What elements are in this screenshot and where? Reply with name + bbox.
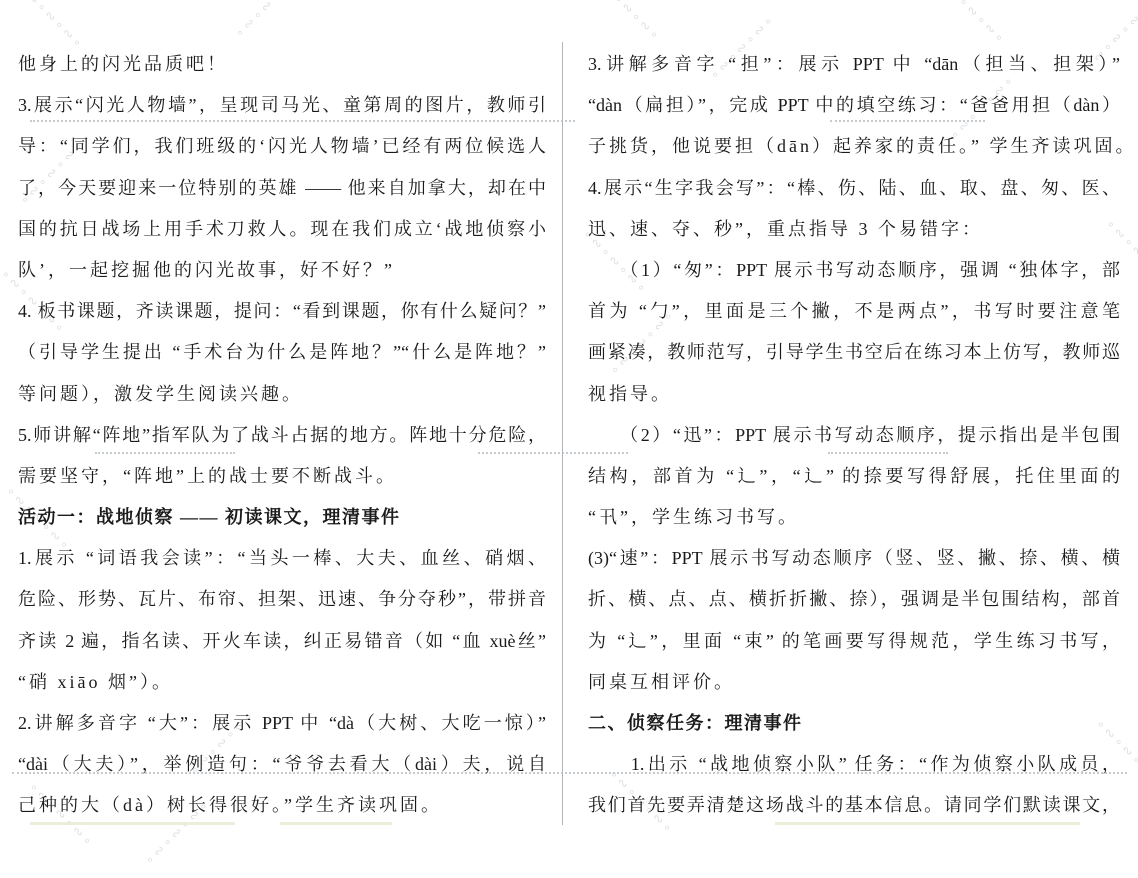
text-line: 齐读 2 遍，指名读、开火车读，纠正易错音（如 “血 xuè丝” — [18, 621, 546, 662]
text-line: 为 “辶”，里面 “束” 的笔画要写得规范，学生练习书写， — [588, 621, 1120, 662]
swirl-watermark-icon: ∘∾∘∾∘∾∘ — [232, 0, 304, 41]
text-line: 子挑货，他说要担（dān）起养家的责任。” 学生齐读巩固。 — [588, 126, 1120, 167]
text-line: 4. 板书课题，齐读课题，提问：“看到课题，你有什么疑问？” — [18, 291, 546, 332]
section-heading: 二、侦察任务：理清事件 — [588, 703, 1120, 744]
text-line: 折、横、点、点、横折折撇、捺），强调是半包围结构，部首 — [588, 579, 1120, 620]
text-line: 导：“同学们，我们班级的‘闪光人物墙’已经有两位候选人 — [18, 126, 546, 167]
text-line: 己种的大（dà）树长得很好。”学生齐读巩固。 — [18, 785, 546, 826]
text-line: 等问题），激发学生阅读兴趣。 — [18, 374, 546, 415]
text-line: （1）“匆”：PPT 展示书写动态顺序，强调 “独体字，部 — [588, 250, 1120, 291]
text-line: 队’，一起挖掘他的闪光故事，好不好？” — [18, 250, 546, 291]
text-line: “硝 xiāo 烟”）。 — [18, 662, 546, 703]
section-heading: 活动一：战地侦察 —— 初读课文，理清事件 — [18, 497, 546, 538]
text-line: “卂”，学生练习书写。 — [588, 497, 1120, 538]
text-line: 视指导。 — [588, 374, 1120, 415]
text-line: （2）“迅”：PPT 展示书写动态顺序，提示指出是半包围 — [588, 415, 1120, 456]
document-page: ∘∾∘∾∘∾∘ ∘∾∘∾∘∾∘ ∘∾∘∾∘∾∘ ∘∾∘∾∘∾∘ ∘∾∘∾∘∾∘ … — [0, 0, 1138, 878]
text-line: 国的抗日战场上用手术刀救人。现在我们成立‘战地侦察小 — [18, 209, 546, 250]
text-line: (3)“速”：PPT 展示书写动态顺序（竖、竖、撇、捺、横、横 — [588, 538, 1120, 579]
text-line: 2.讲解多音字 “大”：展示 PPT 中 “dà（大树、大吃一惊）” — [18, 703, 546, 744]
text-line: 结构，部首为 “辶”，“辶” 的捺要写得舒展，托住里面的 — [588, 456, 1120, 497]
text-line: “dàn（扁担）”，完成 PPT 中的填空练习：“爸爸用担（dàn） — [588, 85, 1120, 126]
text-line: 1.出示 “战地侦察小队” 任务：“作为侦察小队成员， — [588, 744, 1120, 785]
text-line: 1.展示 “词语我会读”：“当头一棒、大夫、血丝、硝烟、 — [18, 538, 546, 579]
text-line: 了，今天要迎来一位特别的英雄 —— 他来自加拿大，却在中 — [18, 168, 546, 209]
swirl-watermark-icon: ∘∾∘∾∘∾∘ — [937, 0, 1009, 48]
swirl-watermark-icon: ∘∾∘∾∘∾∘ — [592, 0, 664, 45]
text-line: 3.展示“闪光人物墙”，呈现司马光、童第周的图片，教师引 — [18, 85, 546, 126]
text-line: 我们首先要弄清楚这场战斗的基本信息。请同学们默读课文， — [588, 785, 1120, 826]
text-line: 画紧凑，教师范写，引导学生书空后在练习本上仿写，教师巡 — [588, 332, 1120, 373]
text-line: 迅、速、夺、秒”，重点指导 3 个易错字： — [588, 209, 1120, 250]
text-line: （引导学生提出 “手术台为什么是阵地？”“什么是阵地？” — [18, 332, 546, 373]
text-line: “dài（大夫）”，举例造句：“爷爷去看大（dài）夫，说自 — [18, 744, 546, 785]
text-line: 需要坚守，“阵地”上的战士要不断战斗。 — [18, 456, 546, 497]
text-line: 3.讲解多音字 “担”：展示 PPT 中 “dān（担当、担架）” — [588, 44, 1120, 85]
text-line: 首为 “勹”，里面是三个撇，不是两点”，书写时要注意笔 — [588, 291, 1120, 332]
text-line: 5.师讲解“阵地”指军队为了战斗占据的地方。阵地十分危险， — [18, 415, 546, 456]
left-column: 他身上的闪光品质吧！3.展示“闪光人物墙”，呈现司马光、童第周的图片，教师引导：… — [18, 44, 546, 827]
column-divider — [562, 42, 563, 825]
text-line: 4.展示“生字我会写”：“棒、伤、陆、血、取、盘、匆、医、 — [588, 168, 1120, 209]
text-line: 他身上的闪光品质吧！ — [18, 44, 546, 85]
right-column: 3.讲解多音字 “担”：展示 PPT 中 “dān（担当、担架）”“dàn（扁担… — [588, 44, 1120, 827]
text-line: 同桌互相评价。 — [588, 662, 1120, 703]
text-line: 危险、形势、瓦片、布帘、担架、迅速、争分夺秒”，带拼音 — [18, 579, 546, 620]
